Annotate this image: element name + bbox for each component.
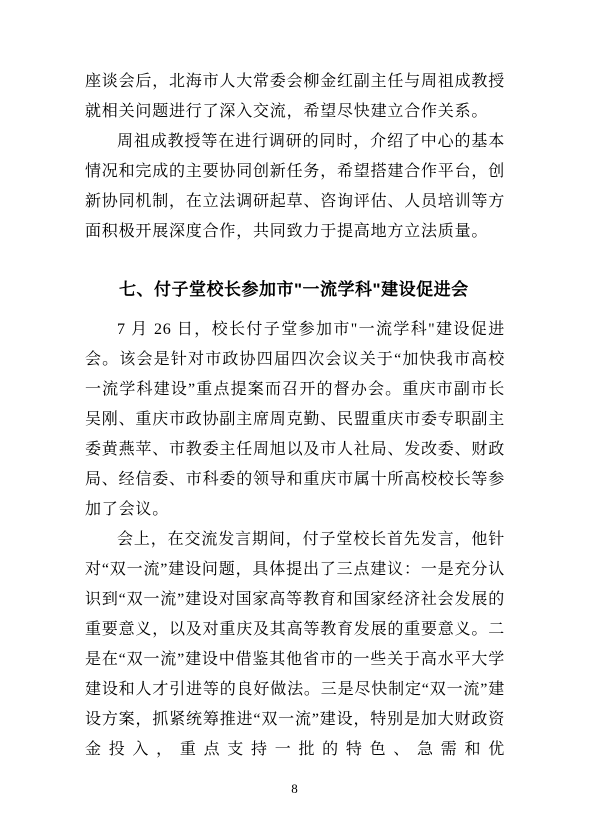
document-page: 座谈会后，北海市人大常委会柳金红副主任与周祖成教授就相关问题进行了深入交流，希望… [0,0,589,839]
paragraph-symposium-continuation: 座谈会后，北海市人大常委会柳金红副主任与周祖成教授就相关问题进行了深入交流，希望… [85,67,505,127]
paragraph-research-cooperation: 周祖成教授等在进行调研的同时，介绍了中心的基本情况和完成的主要协同创新任务，希望… [85,127,505,247]
paragraph-president-speech: 会上，在交流发言期间，付子堂校长首先发言，他针对“双一流”建设问题，具体提出了三… [85,525,505,765]
page-number: 8 [0,780,589,798]
paragraph-promotion-meeting: 7 月 26 日，校长付子堂参加市"一流学科"建设促进会。该会是针对市政协四届四… [85,315,505,525]
section-heading-seven: 七、付子堂校长参加市"一流学科"建设促进会 [85,275,505,305]
document-content: 座谈会后，北海市人大常委会柳金红副主任与周祖成教授就相关问题进行了深入交流，希望… [85,67,505,765]
